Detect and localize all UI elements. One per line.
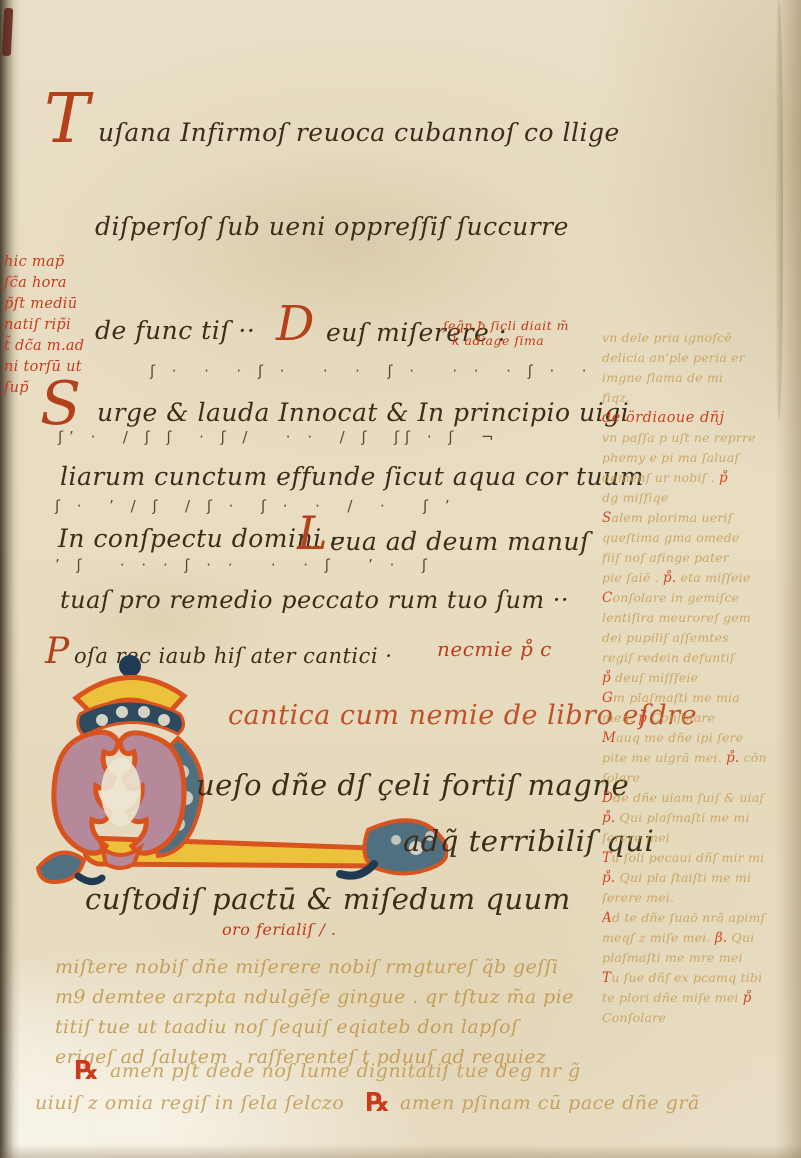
text-defunctis: de func tiſ ·· (95, 316, 255, 345)
faded-line: titiſ tue ut taadiu noſ ſequiſ eqiateb d… (55, 1012, 615, 1042)
rubric-initial-T: T (44, 86, 89, 154)
left-margin-line: p̃ſt mediū (4, 294, 104, 315)
gloss-line: ſerere mei (602, 828, 798, 848)
rubric-necmie: necmie p̊ c (437, 637, 552, 661)
rubric-inline-2: k̃ adiage ſima (452, 333, 544, 348)
neume-row-1: ʃ · · · ʃ · · · ʃ · · · · ʃ · · (150, 362, 593, 380)
neume-row-4: ’ ʃ · · · ʃ · · · · ʃ ’ · ʃ (55, 556, 433, 574)
gloss-line: p̊ deuſ miſſfeie (602, 668, 798, 688)
gloss-line: ſerere mei. (602, 888, 798, 908)
gloss-line: imgne flama de mi (602, 368, 798, 388)
gloss-line: p̊. Qui pla ſtaiſti me mi (602, 868, 798, 888)
text-custodis: cuſtodiſ pactū & miſedum quum (85, 882, 571, 916)
gloss-line: dg miſfiqe (602, 488, 798, 508)
responsory-text-2b: amen pſinam cū pace dñe grã (400, 1092, 700, 1114)
text-line-1: uſana Infirmoſ reuoca cubannoſ co llige (98, 118, 620, 147)
gloss-line: meq. p̊ Conſolare (602, 708, 798, 728)
right-margin-gloss-column: vn dele pria ignoſcēdelicia an'ple peria… (602, 328, 798, 1028)
gloss-line: Conſolare (602, 1008, 798, 1028)
gloss-line: phemy e pi ma ſaluaſ (602, 448, 798, 468)
gloss-line: ſolare (602, 768, 798, 788)
responsory-sign-2: ℞ (366, 1088, 389, 1118)
responsory-text-2a: uiuiſ z omia regiſ in ſela ſelczo (35, 1092, 344, 1114)
responsory-text-1: amen pſt dede noſ lume dignitatiſ tue de… (110, 1060, 581, 1082)
gloss-line: Tu ſoli pecaui dñſ mir mi (602, 848, 798, 868)
text-line-liarum: liarum cunctum effunde ſicut aqua cor tu… (60, 462, 644, 491)
text-leua: eua ad deum manuſ (330, 527, 590, 556)
gloss-line: lentiſira meuroreſ gem (602, 608, 798, 628)
responsory-sign-1: ℞ (75, 1056, 98, 1086)
gloss-line: regiſ redein defuntiſ (602, 648, 798, 668)
text-remedio: tuaſ pro remedio peccato rum tuo ſum ·· (60, 586, 569, 614)
gloss-line: p̊. Qui plaſmaſti me mi (602, 808, 798, 828)
left-margin-line: natiſ rip̃i (4, 315, 104, 336)
left-margin-line: ſc̃a hora (4, 273, 104, 294)
gloss-line: de ördiaoue dñj (602, 408, 798, 428)
gloss-line: meqſ z miſe mei. β. Qui (602, 928, 798, 948)
gloss-line: Salem plorima ueriſ (602, 508, 798, 528)
gloss-line: demenſ ur nobiſ . p̊ (602, 468, 798, 488)
manuscript-page: T uſana Infirmoſ reuoca cubannoſ co llig… (0, 0, 801, 1158)
neume-row-3: ʃ · ’ / ʃ / ʃ · ʃ · · / · ʃ ’ (55, 497, 456, 515)
rubric-ferialis: oro ferialiſ / . (222, 920, 337, 939)
page-gutter-shadow (0, 0, 20, 1158)
rubric-initial-S: S (40, 374, 81, 434)
gloss-line: delicia an'ple peria er (602, 348, 798, 368)
parchment-stain (120, 150, 550, 340)
gloss-line: queſtima gma omede (602, 528, 798, 548)
gloss-line: dei pupiliſ aſſemtes (602, 628, 798, 648)
text-line-2: diſperſoſ ſub ueni oppreſſiſ ſuccurre (95, 212, 569, 241)
left-margin-line: hic map̃ (4, 252, 104, 273)
gloss-line: Dde dñe uiam ſuiſ & uiaſ (602, 788, 798, 808)
gloss-line: pie faiē . p̊. eta miſfeie (602, 568, 798, 588)
left-margin-line: t̃ dc̃a m.ad (4, 336, 104, 357)
rubric-initial-L: L (297, 510, 328, 556)
gloss-line: vn paſſa p uſt ne reprre (602, 428, 798, 448)
gloss-line: vn dele pria ignoſcē (602, 328, 798, 348)
gloss-line: fiiſ noſ afinge pater (602, 548, 798, 568)
gloss-line: Ad te dñe ſuaō nrā apimſ (602, 908, 798, 928)
rubric-inline-1: ſeq̃n ƀ ſicli diait m̃ (443, 318, 569, 333)
text-queso: ueſo dñe dſ çeli fortiſ magne (196, 768, 629, 802)
gloss-line: pite me uigrā mei. p̊. cōn (602, 748, 798, 768)
text-line-surge: urge & lauda Innocat & In principio uigi (97, 398, 629, 427)
faded-line: miſtere nobiſ dñe miſerere nobiſ rmgture… (55, 952, 615, 982)
gloss-line: Conſolare in gemiſce (602, 588, 798, 608)
gloss-line: Tu ſue dñſ ex pcamq tibi (602, 968, 798, 988)
gloss-line: plaſmaſti me mre mei (602, 948, 798, 968)
gloss-line: Mauq me dñe ipi ſere (602, 728, 798, 748)
neume-row-2: ʃ’ · / ʃ ʃ · ʃ / · · / ʃ ʃʃ · ʃ ¬ (58, 428, 500, 446)
page-edge-bottom (0, 1144, 801, 1158)
bottom-faded-block: miſtere nobiſ dñe miſerere nobiſ rmgture… (55, 952, 615, 1072)
gloss-line: te plori dñe miſe mei p̊ (602, 988, 798, 1008)
rubric-initial-D: D (276, 300, 314, 348)
faded-line: m9 demtee arzpta ndulgēſe gingue . qr tſ… (55, 982, 615, 1012)
gloss-line: fiqz. (602, 388, 798, 408)
gloss-line: Gm plaſmaſti me mia (602, 688, 798, 708)
